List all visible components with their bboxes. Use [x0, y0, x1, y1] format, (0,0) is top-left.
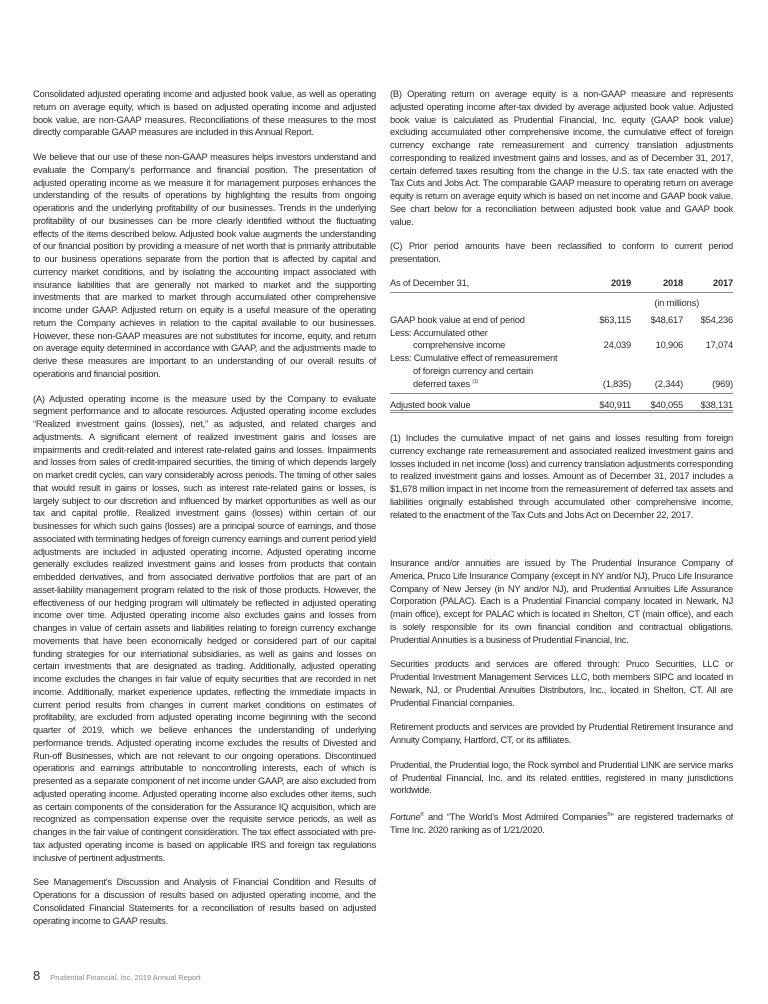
table-footnote: (1) Includes the cumulative impact of ne… [390, 432, 733, 521]
intro-paragraph: Consolidated adjusted operating income a… [33, 88, 376, 139]
table-header: As of December 31, 2019 2018 2017 [390, 274, 733, 293]
table-header-label: As of December 31, [390, 278, 570, 288]
table-row: Less: Accumulated other [390, 325, 733, 338]
total-2018: $40,055 [631, 400, 683, 410]
fortune-trademark-disclosure: Fortune® and “The World’s Most Admired C… [390, 809, 733, 837]
fortune-text: and “The World’s Most Admired Companies [424, 812, 607, 822]
table-row: comprehensive income 24,039 10,906 17,07… [390, 338, 733, 351]
row-label: deferred taxes (1) [390, 379, 570, 389]
year-2019-header: 2019 [570, 278, 631, 288]
cell-2017: 17,074 [683, 340, 733, 350]
non-gaap-rationale-paragraph: We believe that our use of these non-GAA… [33, 151, 376, 381]
row-label: comprehensive income [390, 340, 570, 350]
table-total-row: Adjusted book value $40,911 $40,055 $38,… [390, 393, 733, 413]
table-units: (in millions) [390, 293, 733, 312]
see-mdna-paragraph: See Management’s Discussion and Analysis… [33, 876, 376, 927]
service-marks-disclosure: Prudential, the Prudential logo, the Roc… [390, 759, 733, 797]
note-c-paragraph: (C) Prior period amounts have been recla… [390, 240, 733, 266]
total-2017: $38,131 [683, 400, 733, 410]
cell-2018: (2,344) [631, 379, 683, 389]
report-title: Prudential Financial, Inc. 2019 Annual R… [50, 973, 201, 982]
insurance-disclosure: Insurance and/or annuities are issued by… [390, 557, 733, 646]
cell-2019: 24,039 [570, 340, 631, 350]
disclosures: Insurance and/or annuities are issued by… [390, 557, 733, 849]
cell-2019: $63,115 [570, 315, 631, 325]
securities-disclosure: Securities products and services are off… [390, 658, 733, 709]
table-row: of foreign currency and certain [390, 363, 733, 376]
row-label: of foreign currency and certain [390, 366, 733, 376]
book-value-reconciliation-table: As of December 31, 2019 2018 2017 (in mi… [390, 274, 733, 413]
cell-2019: (1,835) [570, 379, 631, 389]
cell-2017: $54,236 [683, 315, 733, 325]
table-row: GAAP book value at end of period $63,115… [390, 312, 733, 325]
year-2018-header: 2018 [631, 278, 683, 288]
left-column: Consolidated adjusted operating income a… [33, 88, 376, 939]
table-row: deferred taxes (1) (1,835) (2,344) (969) [390, 376, 733, 389]
note-b-paragraph: (B) Operating return on average equity i… [390, 88, 733, 228]
fortune-italic: Fortune [390, 812, 420, 822]
row-label: Less: Accumulated other [390, 328, 733, 338]
right-column: (B) Operating return on average equity i… [390, 88, 733, 278]
note-a-paragraph: (A) Adjusted operating income is the mea… [33, 393, 376, 865]
total-label: Adjusted book value [390, 400, 570, 410]
row-label: GAAP book value at end of period [390, 315, 570, 325]
row-label-text: deferred taxes [413, 379, 470, 389]
page-number: 8 [33, 968, 40, 983]
cell-2018: 10,906 [631, 340, 683, 350]
page-footer: 8 Prudential Financial, Inc. 2019 Annual… [33, 968, 201, 983]
table-row: Less: Cumulative effect of remeasurement [390, 350, 733, 363]
total-2019: $40,911 [570, 400, 631, 410]
retirement-disclosure: Retirement products and services are pro… [390, 721, 733, 747]
footnote-ref: (1) [472, 379, 478, 385]
row-label: Less: Cumulative effect of remeasurement [390, 353, 733, 363]
year-2017-header: 2017 [683, 278, 733, 288]
cell-2017: (969) [683, 379, 733, 389]
cell-2018: $48,617 [631, 315, 683, 325]
